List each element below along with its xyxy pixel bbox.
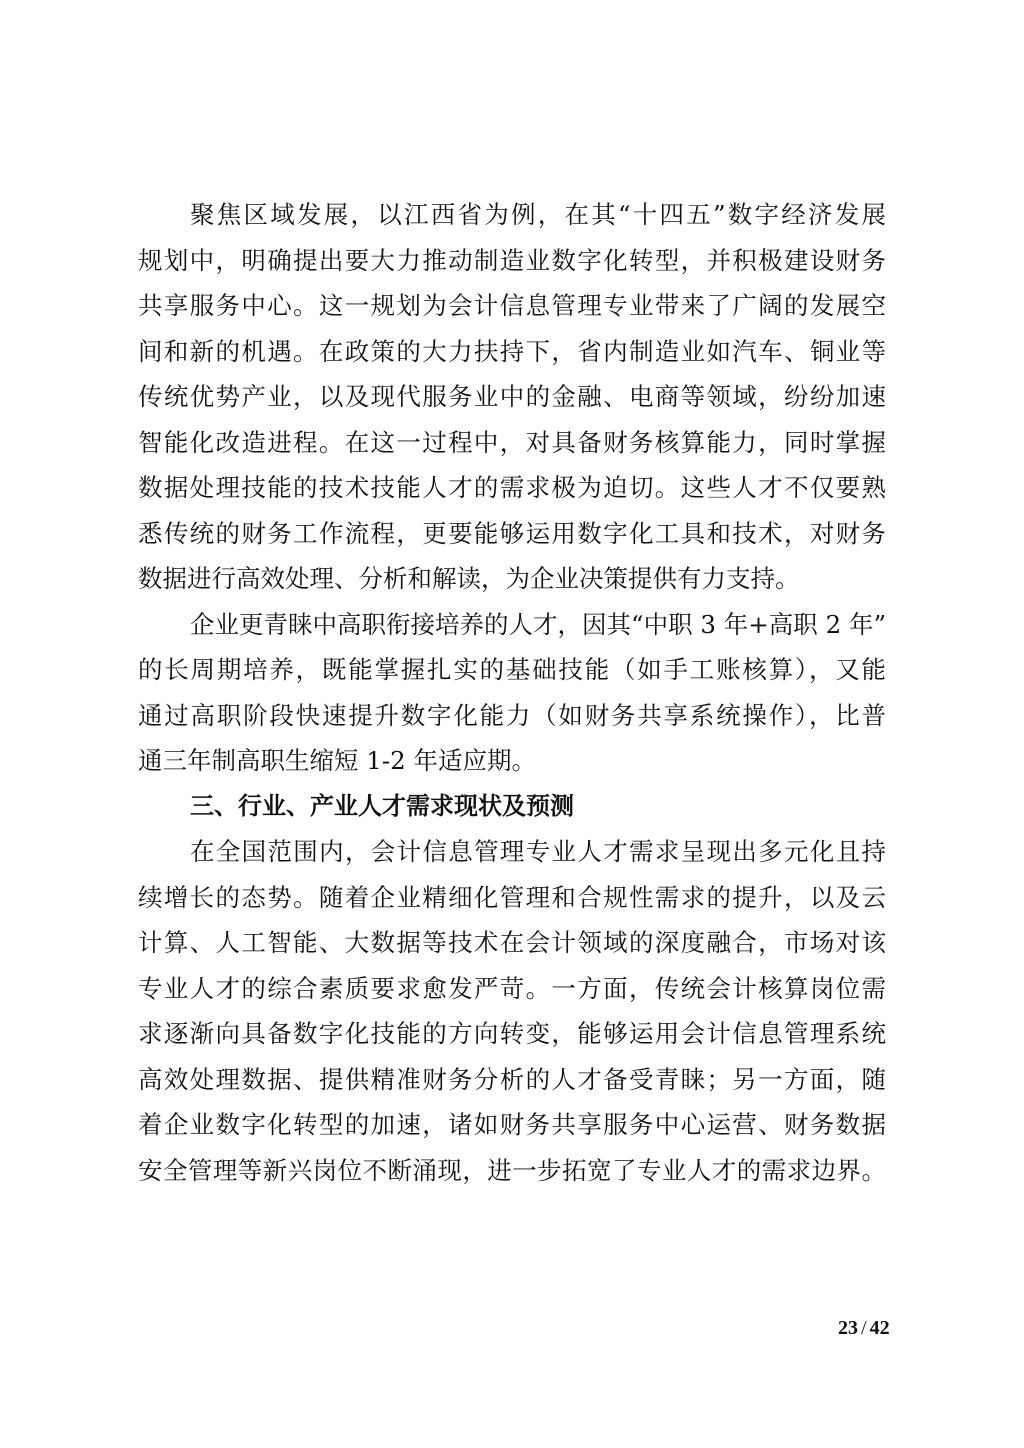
text-line: 求逐渐向具备数字化技能的方向转变，能够运用会计信息管理系统 — [138, 1011, 886, 1057]
text-line: 安全管理等新兴岗位不断涌现，进一步拓宽了专业人才的需求边界。 — [138, 1148, 886, 1194]
text-line: 共享服务中心。这一规划为会计信息管理专业带来了广阔的发展空 — [138, 283, 886, 329]
paragraph-regional-development: 聚焦区域发展，以江西省为例，在其“十四五”数字经济发展 规划中，明确提出要大力推… — [138, 192, 886, 602]
text-line: 计算、人工智能、大数据等技术在会计领域的深度融合，市场对该 — [138, 920, 886, 966]
text-line: 的长周期培养，既能掌握扎实的基础技能（如手工账核算），又能 — [138, 647, 886, 693]
text-line: 续增长的态势。随着企业精细化管理和合规性需求的提升，以及云 — [138, 875, 886, 921]
text-line: 专业人才的综合素质要求愈发严苛。一方面，传统会计核算岗位需 — [138, 966, 886, 1012]
total-pages-number: 42 — [870, 1317, 890, 1339]
page-number: 23/42 — [838, 1317, 890, 1340]
text-line: 在全国范围内，会计信息管理专业人才需求呈现出多元化且持 — [138, 829, 886, 875]
text-line: 数据处理技能的技术技能人才的需求极为迫切。这些人才不仅要熟 — [138, 465, 886, 511]
page-separator: / — [858, 1317, 870, 1339]
paragraph-enterprise-preference: 企业更青睐中高职衔接培养的人才，因其“中职 3 年+高职 2 年” 的长周期培养… — [138, 602, 886, 784]
text-line: 着企业数字化转型的加速，诸如财务共享服务中心运营、财务数据 — [138, 1102, 886, 1148]
text-line: 通过高职阶段快速提升数字化能力（如财务共享系统操作），比普 — [138, 693, 886, 739]
text-line: 通三年制高职生缩短 1-2 年适应期。 — [138, 738, 886, 784]
text-line: 聚焦区域发展，以江西省为例，在其“十四五”数字经济发展 — [138, 192, 886, 238]
document-page: 聚焦区域发展，以江西省为例，在其“十四五”数字经济发展 规划中，明确提出要大力推… — [0, 0, 1024, 1448]
text-line: 规划中，明确提出要大力推动制造业数字化转型，并积极建设财务 — [138, 238, 886, 284]
text-line: 数据进行高效处理、分析和解读，为企业决策提供有力支持。 — [138, 556, 886, 602]
document-body: 聚焦区域发展，以江西省为例，在其“十四五”数字经济发展 规划中，明确提出要大力推… — [138, 192, 886, 1193]
text-line: 企业更青睐中高职衔接培养的人才，因其“中职 3 年+高职 2 年” — [138, 602, 886, 648]
paragraph-national-demand: 在全国范围内，会计信息管理专业人才需求呈现出多元化且持 续增长的态势。随着企业精… — [138, 829, 886, 1193]
text-line: 智能化改造进程。在这一过程中，对具备财务核算能力，同时掌握 — [138, 420, 886, 466]
text-line: 悉传统的财务工作流程，更要能够运用数字化工具和技术，对财务 — [138, 511, 886, 557]
text-line: 传统优势产业，以及现代服务业中的金融、电商等领域，纷纷加速 — [138, 374, 886, 420]
text-line: 高效处理数据、提供精准财务分析的人才备受青睐；另一方面，随 — [138, 1057, 886, 1103]
section-heading: 三、行业、产业人才需求现状及预测 — [138, 784, 886, 830]
text-line: 间和新的机遇。在政策的大力扶持下，省内制造业如汽车、铜业等 — [138, 329, 886, 375]
current-page-number: 23 — [838, 1317, 858, 1339]
